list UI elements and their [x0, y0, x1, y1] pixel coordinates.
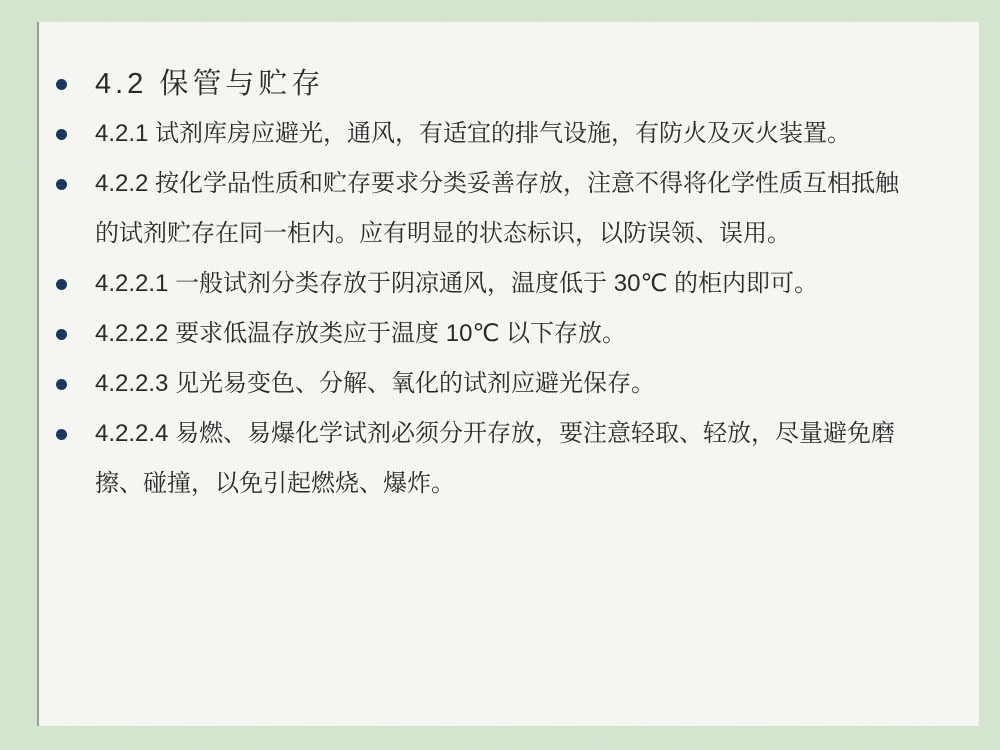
list-item-text: 4.2.2.2 要求低温存放类应于温度 10℃ 以下存放。 — [95, 320, 626, 347]
list-item-text: 4.2.2.4 易燃、易爆化学试剂必须分开存放，要注意轻取、轻放，尽量避免磨擦、… — [95, 420, 895, 497]
bullet-icon — [56, 179, 67, 190]
list-item-text: 4.2.2 按化学品性质和贮存要求分类妥善存放，注意不得将化学性质互相抵触的试剂… — [95, 170, 899, 247]
list-item: 4.2.2.1 一般试剂分类存放于阴凉通风，温度低于 30℃ 的柜内即可。 — [39, 259, 911, 309]
slide-paper: 4.2 保管与贮存4.2.1 试剂库房应避光，通风，有适宜的排气设施，有防火及灭… — [37, 22, 979, 726]
list-item: 4.2.2 按化学品性质和贮存要求分类妥善存放，注意不得将化学性质互相抵触的试剂… — [39, 159, 911, 259]
list-item: 4.2.2.4 易燃、易爆化学试剂必须分开存放，要注意轻取、轻放，尽量避免磨擦、… — [39, 409, 911, 509]
bullet-list: 4.2 保管与贮存4.2.1 试剂库房应避光，通风，有适宜的排气设施，有防火及灭… — [39, 22, 979, 509]
bullet-icon — [56, 129, 67, 140]
list-item-text: 4.2.1 试剂库房应避光，通风，有适宜的排气设施，有防火及灭火装置。 — [95, 120, 851, 147]
list-item-text: 4.2.2.1 一般试剂分类存放于阴凉通风，温度低于 30℃ 的柜内即可。 — [95, 270, 818, 297]
bullet-icon — [56, 279, 67, 290]
bullet-icon — [56, 379, 67, 390]
bullet-icon — [56, 79, 67, 90]
bullet-icon — [56, 329, 67, 340]
list-item: 4.2.2.2 要求低温存放类应于温度 10℃ 以下存放。 — [39, 309, 911, 359]
bullet-icon — [56, 429, 67, 440]
list-item: 4.2.1 试剂库房应避光，通风，有适宜的排气设施，有防火及灭火装置。 — [39, 109, 911, 159]
list-item: 4.2 保管与贮存 — [39, 59, 911, 109]
list-item-text: 4.2.2.3 见光易变色、分解、氧化的试剂应避光保存。 — [95, 370, 655, 397]
list-item: 4.2.2.3 见光易变色、分解、氧化的试剂应避光保存。 — [39, 359, 911, 409]
list-item-text: 4.2 保管与贮存 — [95, 68, 324, 100]
